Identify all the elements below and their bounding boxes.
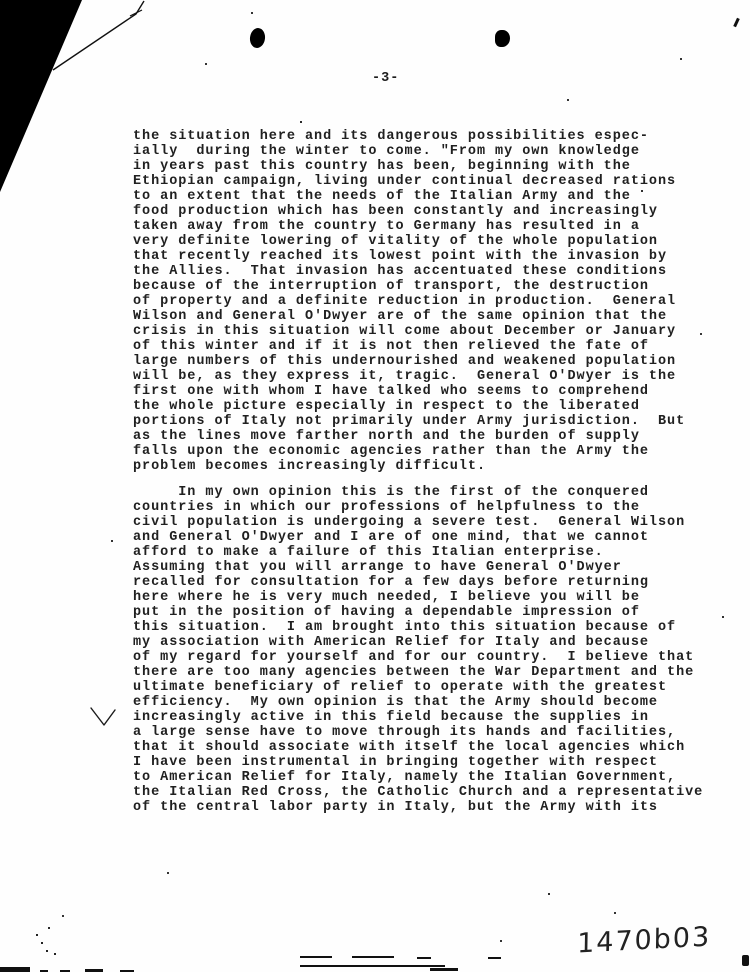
scan-edge-artifact: [352, 956, 394, 958]
scan-edge-artifact: [742, 955, 749, 966]
margin-checkmark-icon: [86, 700, 126, 735]
scan-edge-artifact: [0, 967, 30, 972]
scan-edge-artifact: [300, 956, 332, 958]
handwritten-code: 1470b03: [577, 921, 712, 959]
pencil-line-mark: [0, 0, 200, 120]
scan-edge-artifact: [733, 18, 740, 27]
scan-edge-artifact: [488, 957, 501, 959]
page-number: -3-: [372, 71, 399, 86]
typed-paragraph-2: In my own opinion this is the first of t…: [133, 485, 718, 815]
scan-edge-artifact: [300, 965, 445, 967]
hole-punch-dot: [495, 30, 510, 47]
scanned-document-page: -3- the situation here and its dangerous…: [0, 0, 750, 972]
typed-text-block: the situation here and its dangerous pos…: [133, 129, 718, 815]
hole-punch-dot: [249, 27, 266, 49]
scan-edge-artifact: [430, 968, 458, 971]
typed-paragraph-1: the situation here and its dangerous pos…: [133, 129, 718, 474]
scan-edge-artifact: [417, 957, 431, 959]
